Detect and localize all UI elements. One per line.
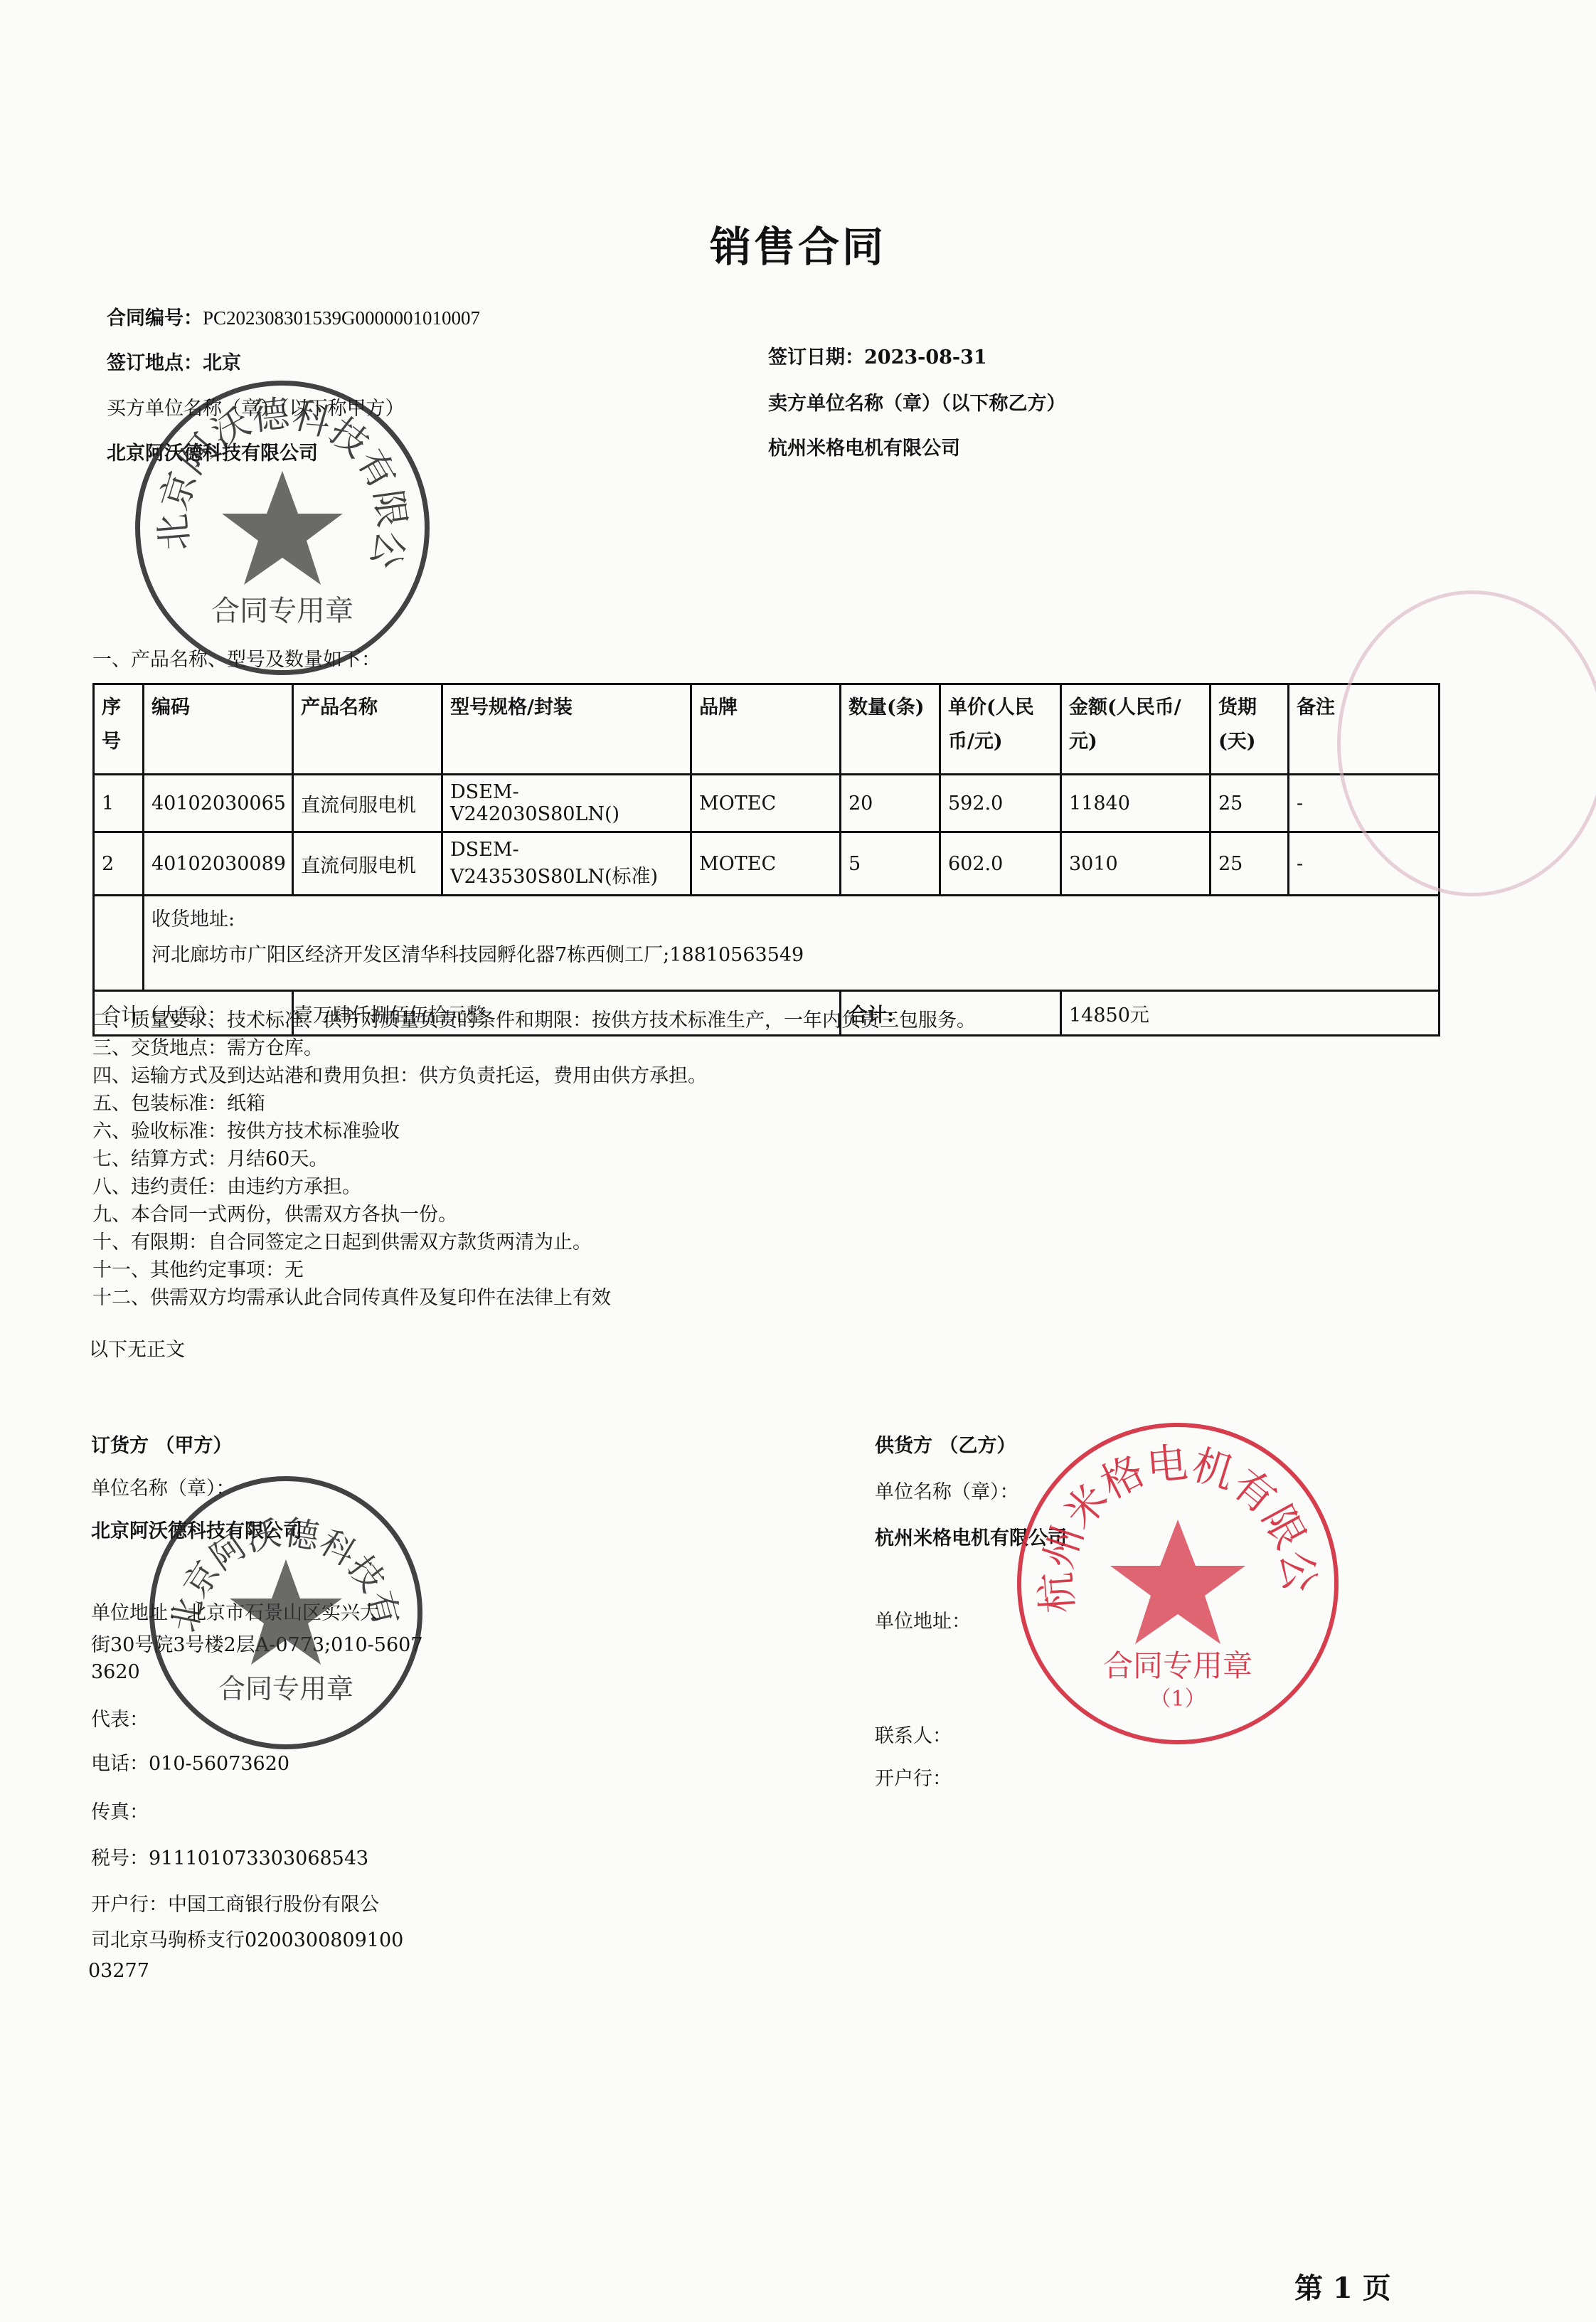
seal-star-icon: 杭州米格电机有限公司 合同专用章 （1） bbox=[1021, 1427, 1334, 1740]
cell-amount: 11840 bbox=[1061, 775, 1211, 832]
cell-lead-days: 25 bbox=[1211, 775, 1289, 832]
clause-12: 十二、供需双方均需承认此合同传真件及复印件在法律上有效 bbox=[92, 1284, 976, 1312]
cell-code: 40102030065 bbox=[144, 775, 293, 832]
svg-text:（1）: （1） bbox=[1149, 1687, 1206, 1712]
cell-name: 直流伺服电机 bbox=[293, 775, 442, 832]
col-header-model: 型号规格/封装 bbox=[442, 684, 691, 775]
buyer-tax: 税号：91110107330306854З bbox=[91, 1843, 368, 1870]
clause-10: 十、有限期：自合同签定之日起到供需双方款货两清为止。 bbox=[92, 1229, 976, 1256]
end-note: 以下无正文 bbox=[89, 1334, 185, 1362]
delivery-address-row: 收货地址: 河北廊坊市广阳区经济开发区清华科技园孵化器7栋西侧工厂;188105… bbox=[94, 896, 1440, 991]
buyer-phone-label: 电话： bbox=[91, 1753, 149, 1775]
seller-contact-label: 联系人： bbox=[875, 1720, 952, 1748]
cell-brand: MOTEC bbox=[691, 832, 841, 896]
cell-name: 直流伺服电机 bbox=[293, 832, 442, 896]
cell-qty: 20 bbox=[841, 775, 940, 832]
product-table: 序号 编码 产品名称 型号规格/封装 品牌 数量(条) 单价(人民币/元) 金额… bbox=[92, 683, 1440, 1037]
buyer-bank-label: 开户行： bbox=[91, 1894, 168, 1916]
cell-brand: MOTEC bbox=[691, 775, 841, 832]
col-header-code: 编码 bbox=[144, 684, 293, 775]
table-header-row: 序号 编码 产品名称 型号规格/封装 品牌 数量(条) 单价(人民币/元) 金额… bbox=[94, 684, 1440, 775]
table-row: 2 40102030089 直流伺服电机 DSEM-V243530S80LN(标… bbox=[94, 832, 1440, 896]
cell-no: 1 bbox=[94, 775, 144, 832]
contract-number-value: PC202308301539G0000001010007 bbox=[203, 307, 480, 329]
buyer-bank-line3: 03277 bbox=[88, 1960, 149, 1982]
cell-model: DSEM-V243530S80LN(标准) bbox=[442, 832, 691, 896]
buyer-phone: 电话：010-56073620 bbox=[91, 1748, 289, 1776]
seller-block-name-label: 单位名称（章）： bbox=[875, 1476, 1019, 1504]
col-header-name: 产品名称 bbox=[293, 684, 442, 775]
cell-amount: 3010 bbox=[1061, 832, 1211, 896]
seal-star-icon: 北京阿沃德科技有限公司 合同专用章 bbox=[140, 386, 425, 670]
page-number: 第 1 页 bbox=[1294, 2266, 1391, 2306]
sign-date-label: 签订日期： bbox=[768, 346, 864, 369]
cell-qty: 5 bbox=[841, 832, 940, 896]
cell-unit-price: 602.0 bbox=[940, 832, 1061, 896]
col-header-amount: 金额(人民币/元) bbox=[1061, 684, 1211, 775]
contract-number: 合同编号：PC202308301539G0000001010007 bbox=[107, 302, 480, 330]
sign-place: 签订地点：北京 bbox=[107, 347, 241, 375]
buyer-seal-top: 北京阿沃德科技有限公司 合同专用章 bbox=[135, 381, 430, 675]
document-title: 销售合同 bbox=[0, 213, 1596, 273]
buyer-bank-line1: 中国工商银行股份有限公 bbox=[168, 1894, 379, 1916]
seller-label: 卖方单位名称（章）（以下称乙方） bbox=[768, 388, 1066, 415]
buyer-rep-label: 代表： bbox=[91, 1704, 149, 1732]
buyer-bank-line2: 司北京马驹桥支行0200300809100 bbox=[91, 1924, 403, 1952]
buyer-fax-label: 传真： bbox=[91, 1796, 149, 1824]
clause-7: 七、结算方式：月结60天。 bbox=[92, 1145, 976, 1173]
buyer-tax-label: 税号： bbox=[91, 1847, 149, 1870]
faint-seal-right bbox=[1337, 590, 1596, 896]
buyer-phone-value: 010-56073620 bbox=[149, 1753, 289, 1775]
address-blank-cell bbox=[94, 896, 144, 991]
seller-name: 杭州米格电机有限公司 bbox=[768, 433, 960, 460]
sign-date-value: 2023-08-31 bbox=[864, 346, 987, 369]
clause-9: 九、本合同一式两份，供需双方各执一份。 bbox=[92, 1201, 976, 1229]
buyer-block-heading: 订货方 （甲方） bbox=[91, 1430, 232, 1458]
seller-seal: 杭州米格电机有限公司 合同专用章 （1） bbox=[1017, 1423, 1339, 1744]
cell-unit-price: 592.0 bbox=[940, 775, 1061, 832]
seal-star-icon: 北京阿沃德科技有限公司 合同专用章 bbox=[154, 1481, 417, 1744]
svg-text:合同专用章: 合同专用章 bbox=[1103, 1648, 1252, 1683]
seller-block-heading: 供货方 （乙方） bbox=[875, 1430, 1016, 1458]
clause-5: 五、包装标准：纸箱 bbox=[92, 1090, 976, 1118]
total-value: 14850元 bbox=[1061, 991, 1440, 1036]
col-header-no: 序号 bbox=[94, 684, 144, 775]
contract-number-label: 合同编号： bbox=[107, 307, 203, 329]
buyer-tax-value: 91110107330306854З bbox=[149, 1847, 368, 1870]
cell-model: DSEM-V242030S80LN() bbox=[442, 775, 691, 832]
table-row: 1 40102030065 直流伺服电机 DSEM-V242030S80LN()… bbox=[94, 775, 1440, 832]
cell-code: 40102030089 bbox=[144, 832, 293, 896]
seller-address-label: 单位地址： bbox=[875, 1606, 971, 1633]
clause-4: 四、运输方式及到达站港和费用负担：供方负责托运，费用由供方承担。 bbox=[92, 1062, 976, 1090]
buyer-bank: 开户行：中国工商银行股份有限公 bbox=[91, 1889, 379, 1917]
buyer-seal-bottom: 北京阿沃德科技有限公司 合同专用章 bbox=[149, 1476, 422, 1749]
sign-place-label: 签订地点： bbox=[107, 352, 203, 374]
clause-8: 八、违约责任：由违约方承担。 bbox=[92, 1173, 976, 1201]
col-header-lead-days: 货期(天) bbox=[1211, 684, 1289, 775]
sign-place-value: 北京 bbox=[203, 352, 241, 374]
col-header-qty: 数量(条) bbox=[841, 684, 940, 775]
delivery-address-cell: 收货地址: 河北廊坊市广阳区经济开发区清华科技园孵化器7栋西侧工厂;188105… bbox=[144, 896, 1440, 991]
sign-date: 签订日期：2023-08-31 bbox=[768, 341, 987, 369]
buyer-address-line3: 3620 bbox=[91, 1661, 140, 1683]
contract-clauses: 二、质量要求、技术标准、供方对质量负责的条件和期限：按供方技术标准生产，一年内负… bbox=[92, 1007, 976, 1312]
col-header-unit-price: 单价(人民币/元) bbox=[940, 684, 1061, 775]
clause-11: 十一、其他约定事项：无 bbox=[92, 1256, 976, 1284]
delivery-address: 河北廊坊市广阳区经济开发区清华科技园孵化器7栋西侧工厂;18810563549 bbox=[151, 938, 1431, 973]
cell-no: 2 bbox=[94, 832, 144, 896]
cell-lead-days: 25 bbox=[1211, 832, 1289, 896]
seller-bank-label: 开户行： bbox=[875, 1763, 952, 1791]
delivery-address-label: 收货地址: bbox=[151, 902, 1431, 938]
clause-6: 六、验收标准：按供方技术标准验收 bbox=[92, 1118, 976, 1145]
col-header-brand: 品牌 bbox=[691, 684, 841, 775]
clause-2: 二、质量要求、技术标准、供方对质量负责的条件和期限：按供方技术标准生产，一年内负… bbox=[92, 1007, 976, 1034]
clause-3: 三、交货地点：需方仓库。 bbox=[92, 1034, 976, 1062]
svg-text:合同专用章: 合同专用章 bbox=[211, 595, 353, 627]
svg-text:合同专用章: 合同专用章 bbox=[218, 1673, 353, 1705]
